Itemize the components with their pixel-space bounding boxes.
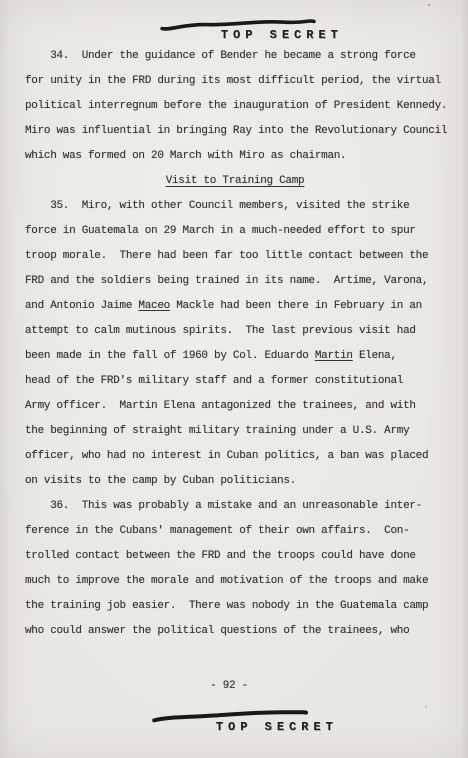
- text-line: on visits to the camp by Cuban politicia…: [25, 469, 445, 494]
- text-line: who could answer the political questions…: [25, 619, 445, 644]
- text-line: head of the FRD's military staff and a f…: [25, 369, 445, 394]
- text-line: 34. Under the guidance of Bender he beca…: [25, 44, 445, 69]
- text-line: trolled contact between the FRD and the …: [25, 544, 445, 569]
- text-line: for unity in the FRD during its most dif…: [25, 69, 445, 94]
- page-number: - 92 -: [0, 680, 458, 692]
- text-line: Army officer. Martin Elena antagonized t…: [25, 394, 445, 419]
- classification-text: TOP SECRET: [216, 720, 338, 734]
- classification-text: TOP SECRET: [221, 28, 343, 42]
- text-line: which was formed on 20 March with Miro a…: [25, 144, 445, 169]
- text-line: 36. This was probably a mistake and an u…: [25, 494, 445, 519]
- text-line: the beginning of straight military train…: [25, 419, 445, 444]
- document-lines: 34. Under the guidance of Bender he beca…: [25, 44, 445, 644]
- text-line: much to improve the morale and motivatio…: [25, 569, 445, 594]
- text-line: and Antonio Jaime Maceo Mackle had been …: [25, 294, 445, 319]
- section-heading: Visit to Training Camp: [25, 169, 445, 194]
- text-line: FRD and the soldiers being trained in it…: [25, 269, 445, 294]
- text-line: been made in the fall of 1960 by Col. Ed…: [25, 344, 445, 369]
- text-line: force in Guatemala on 29 March in a much…: [25, 219, 445, 244]
- text-line: the training job easier. There was nobod…: [25, 594, 445, 619]
- scanned-document-page: TOP SECRET 34. Under the guidance of Ben…: [0, 0, 468, 758]
- text-line: attempt to calm mutinous spirits. The la…: [25, 319, 445, 344]
- bottom-classification-stamp: TOP SECRET: [167, 706, 338, 748]
- text-line: officer, who had no interest in Cuban po…: [25, 444, 445, 469]
- text-line: political interregnum before the inaugur…: [25, 94, 445, 119]
- scan-noise-specks: [0, 0, 2, 2]
- text-line: Miro was influential in bringing Ray int…: [25, 119, 445, 144]
- text-line: troop morale. There had been far too lit…: [25, 244, 445, 269]
- text-line: ference in the Cubans' management of the…: [25, 519, 445, 544]
- text-line: 35. Miro, with other Council members, vi…: [25, 194, 445, 219]
